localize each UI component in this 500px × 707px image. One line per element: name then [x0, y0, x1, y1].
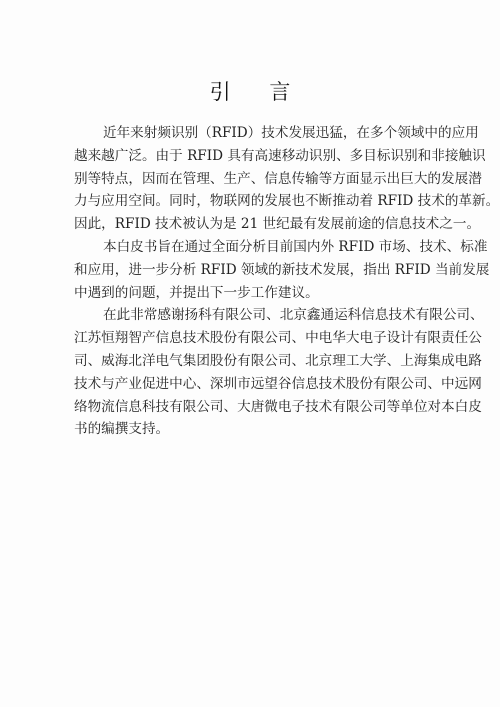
text-line: 越来越广泛。由于 RFID 具有高速移动识别、多目标识别和非接触识: [74, 145, 426, 168]
paragraph-acknowledgements: 在此非常感谢扬科有限公司、北京鑫通运科信息技术有限公司、 江苏恒翔智产信息技术股…: [74, 304, 426, 441]
text-line: 本白皮书旨在通过全面分析目前国内外 RFID 市场、技术、标准: [74, 236, 426, 259]
text-line: 和应用，进一步分析 RFID 领域的新技术发展，指出 RFID 当前发展: [74, 259, 426, 282]
text-line: 因此，RFID 技术被认为是 21 世纪最有发展前途的信息技术之一。: [74, 213, 426, 236]
text-line: 近年来射频识别（RFID）技术发展迅猛，在多个领域中的应用: [74, 122, 426, 145]
document-body: 近年来射频识别（RFID）技术发展迅猛，在多个领域中的应用 越来越广泛。由于 R…: [74, 122, 426, 441]
text-line: 司、威海北洋电气集团股份有限公司、北京理工大学、上海集成电路: [74, 350, 426, 373]
text-line: 力与应用空间。同时，物联网的发展也不断推动着 RFID 技术的革新。: [74, 190, 426, 213]
text-line: 络物流信息科技有限公司、大唐微电子技术有限公司等单位对本白皮: [74, 396, 426, 419]
paragraph-purpose: 本白皮书旨在通过全面分析目前国内外 RFID 市场、技术、标准 和应用，进一步分…: [74, 236, 426, 304]
text-line: 江苏恒翔智产信息技术股份有限公司、中电华大电子设计有限责任公: [74, 327, 426, 350]
text-line: 技术与产业促进中心、深圳市远望谷信息技术股份有限公司、中远网: [74, 373, 426, 396]
text-line: 中遇到的问题，并提出下一步工作建议。: [74, 282, 426, 305]
page-title: 引 言: [0, 76, 500, 106]
text-line: 书的编撰支持。: [74, 418, 426, 441]
paragraph-intro: 近年来射频识别（RFID）技术发展迅猛，在多个领域中的应用 越来越广泛。由于 R…: [74, 122, 426, 236]
text-line: 别等特点，因而在管理、生产、信息传输等方面显示出巨大的发展潜: [74, 168, 426, 191]
text-line: 在此非常感谢扬科有限公司、北京鑫通运科信息技术有限公司、: [74, 304, 426, 327]
document-page: 引 言 近年来射频识别（RFID）技术发展迅猛，在多个领域中的应用 越来越广泛。…: [0, 0, 500, 707]
